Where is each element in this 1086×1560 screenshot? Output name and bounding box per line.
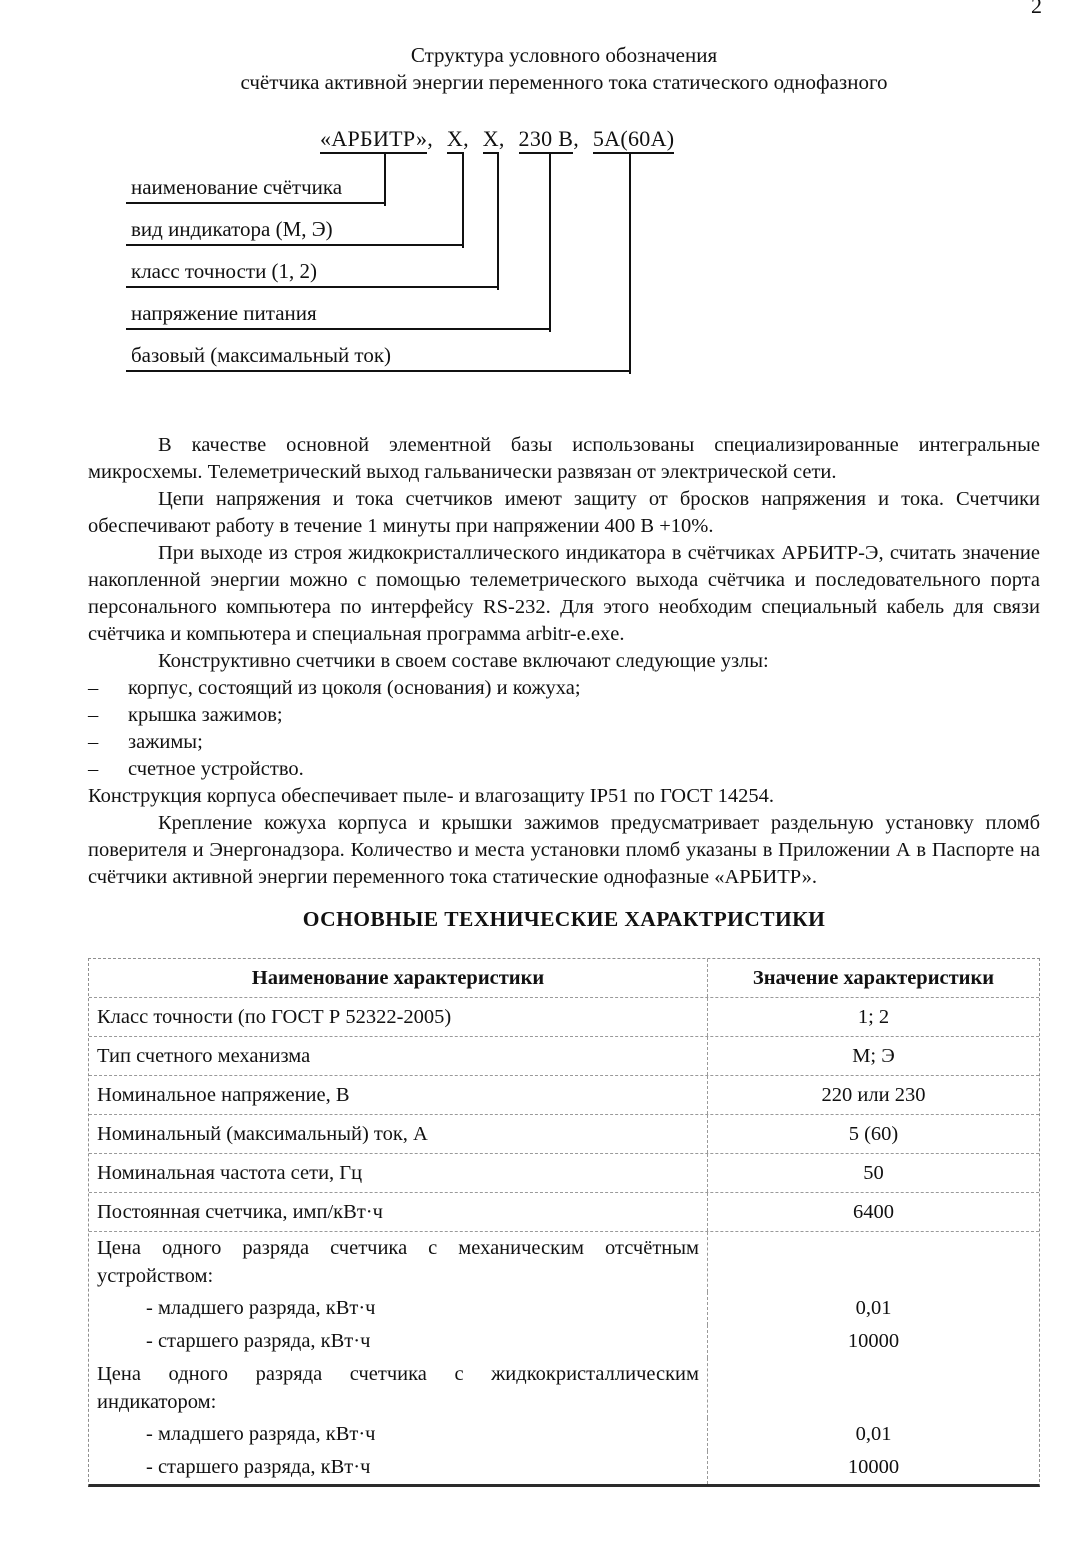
diagram-label-name: наименование счётчика bbox=[126, 174, 386, 204]
paragraph-seals: Крепление кожуха корпуса и крышки зажимо… bbox=[88, 810, 1040, 891]
row-label: - старшего разряда, кВт·ч bbox=[89, 1451, 707, 1484]
row-label: Постоянная счетчика, имп/кВт·ч bbox=[89, 1193, 707, 1231]
designation-part-indicator: X bbox=[447, 126, 463, 154]
row-label: - младшего разряда, кВт·ч bbox=[89, 1292, 707, 1325]
diagram-label-current: базовый (максимальный ток) bbox=[126, 342, 631, 372]
table-row: Тип счетного механизма М; Э bbox=[89, 1036, 1039, 1075]
paragraph-construction-intro: Конструктивно счетчики в своем составе в… bbox=[88, 648, 1040, 675]
row-value: 220 или 230 bbox=[707, 1076, 1039, 1114]
row-label: Цена одного разряда счетчика с жидкокрис… bbox=[89, 1358, 707, 1418]
row-value: М; Э bbox=[707, 1037, 1039, 1075]
paragraph-protection: Цепи напряжения и тока счетчиков имеют з… bbox=[88, 486, 1040, 540]
designation-part-name: «АРБИТР» bbox=[320, 126, 427, 154]
list-item-text: корпус, состоящий из цоколя (основания) … bbox=[128, 675, 581, 702]
dash-marker: – bbox=[88, 675, 128, 702]
document-page: 2 Структура условного обозначения счётчи… bbox=[0, 0, 1086, 1560]
dash-marker: – bbox=[88, 729, 128, 756]
row-label: Номинальное напряжение, В bbox=[89, 1076, 707, 1114]
designation-part-accuracy: X bbox=[483, 126, 499, 154]
row-value: 50 bbox=[707, 1154, 1039, 1192]
diagram-label-indicator: вид индикатора (М, Э) bbox=[126, 216, 464, 246]
row-label: Номинальный (максимальный) ток, А bbox=[89, 1115, 707, 1153]
table-row: Цена одного разряда счетчика с механичес… bbox=[89, 1232, 1039, 1292]
row-label: Тип счетного механизма bbox=[89, 1037, 707, 1075]
row-label: Класс точности (по ГОСТ Р 52322-2005) bbox=[89, 998, 707, 1036]
list-item: – счетное устройство. bbox=[88, 756, 1040, 783]
list-item: – зажимы; bbox=[88, 729, 1040, 756]
designation-string: «АРБИТР», X, X, 230 В, 5А(60А) bbox=[320, 126, 674, 152]
designation-part-current: 5А(60А) bbox=[593, 126, 675, 154]
comma: , bbox=[499, 126, 513, 151]
row-value: 0,01 bbox=[707, 1292, 1039, 1325]
digit-price-block: Цена одного разряда счетчика с механичес… bbox=[89, 1231, 1039, 1484]
title-line-2: счётчика активной энергии переменного то… bbox=[88, 69, 1040, 96]
row-label: Номинальная частота сети, Гц bbox=[89, 1154, 707, 1192]
comma: , bbox=[427, 126, 441, 151]
table-row: - старшего разряда, кВт·ч 10000 bbox=[89, 1325, 1039, 1358]
table-row: - младшего разряда, кВт·ч 0,01 bbox=[89, 1418, 1039, 1451]
paragraph-element-base: В качестве основной элементной базы испо… bbox=[88, 432, 1040, 486]
list-item: – корпус, состоящий из цоколя (основания… bbox=[88, 675, 1040, 702]
table-row: Номинальное напряжение, В 220 или 230 bbox=[89, 1075, 1039, 1114]
table-header-value: Значение характеристики bbox=[707, 959, 1039, 997]
section-heading: ОСНОВНЫЕ ТЕХНИЧЕСКИЕ ХАРАКТРИСТИКИ bbox=[88, 907, 1040, 932]
list-item-text: крышка зажимов; bbox=[128, 702, 283, 729]
row-value: 10000 bbox=[707, 1451, 1039, 1484]
table-row: - младшего разряда, кВт·ч 0,01 bbox=[89, 1292, 1039, 1325]
table-row: Постоянная счетчика, имп/кВт·ч 6400 bbox=[89, 1192, 1039, 1231]
diagram-label-voltage: напряжение питания bbox=[126, 300, 551, 330]
dash-marker: – bbox=[88, 756, 128, 783]
row-label: - младшего разряда, кВт·ч bbox=[89, 1418, 707, 1451]
comma: , bbox=[463, 126, 477, 151]
page-number: 2 bbox=[1031, 0, 1042, 19]
list-item-text: счетное устройство. bbox=[128, 756, 304, 783]
paragraph-lcd-failure: При выходе из строя жидкокристаллическог… bbox=[88, 540, 1040, 648]
connector-line-current bbox=[629, 152, 631, 374]
table-header-row: Наименование характеристики Значение хар… bbox=[89, 959, 1039, 997]
paragraph-ip-protection: Конструкция корпуса обеспечивает пыле- и… bbox=[88, 783, 1040, 810]
row-label: - старшего разряда, кВт·ч bbox=[89, 1325, 707, 1358]
construction-list: – корпус, состоящий из цоколя (основания… bbox=[88, 675, 1040, 783]
designation-part-voltage: 230 В bbox=[519, 126, 574, 154]
table-row: - старшего разряда, кВт·ч 10000 bbox=[89, 1451, 1039, 1484]
list-item: – крышка зажимов; bbox=[88, 702, 1040, 729]
row-value: 1; 2 bbox=[707, 998, 1039, 1036]
table-row: Номинальная частота сети, Гц 50 bbox=[89, 1153, 1039, 1192]
diagram-label-accuracy: класс точности (1, 2) bbox=[126, 258, 499, 288]
list-item-text: зажимы; bbox=[128, 729, 203, 756]
table-header-name: Наименование характеристики bbox=[89, 959, 707, 997]
row-value bbox=[707, 1358, 1039, 1418]
table-row: Номинальный (максимальный) ток, А 5 (60) bbox=[89, 1114, 1039, 1153]
row-value bbox=[707, 1232, 1039, 1292]
body-text: В качестве основной элементной базы испо… bbox=[88, 432, 1040, 891]
comma: , bbox=[573, 126, 587, 151]
row-label: Цена одного разряда счетчика с механичес… bbox=[89, 1232, 707, 1292]
designation-structure-diagram: «АРБИТР», X, X, 230 В, 5А(60А) наименова… bbox=[88, 126, 1040, 388]
row-value: 6400 bbox=[707, 1193, 1039, 1231]
title-line-1: Структура условного обозначения bbox=[88, 42, 1040, 69]
table-row: Класс точности (по ГОСТ Р 52322-2005) 1;… bbox=[89, 997, 1039, 1036]
table-row: Цена одного разряда счетчика с жидкокрис… bbox=[89, 1358, 1039, 1418]
characteristics-table: Наименование характеристики Значение хар… bbox=[88, 958, 1040, 1487]
row-value: 0,01 bbox=[707, 1418, 1039, 1451]
document-title: Структура условного обозначения счётчика… bbox=[88, 0, 1040, 96]
dash-marker: – bbox=[88, 702, 128, 729]
row-value: 5 (60) bbox=[707, 1115, 1039, 1153]
row-value: 10000 bbox=[707, 1325, 1039, 1358]
